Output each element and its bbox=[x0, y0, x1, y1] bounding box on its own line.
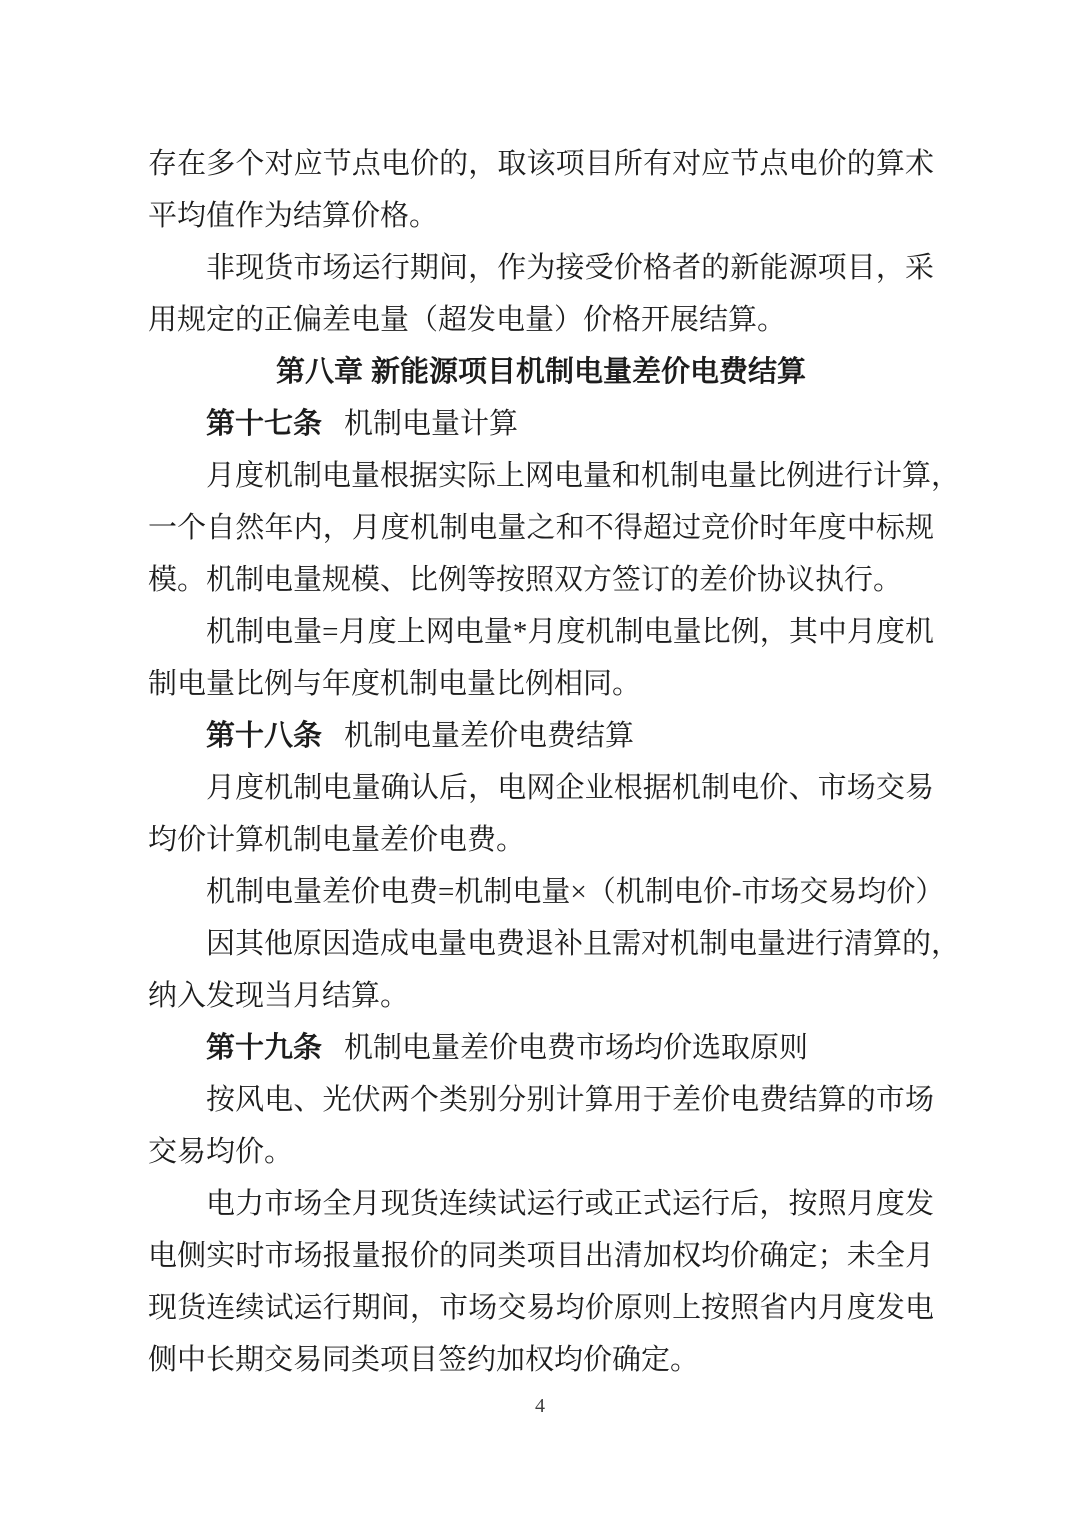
text-line: 现货连续试运行期间，市场交易均价原则上按照省内月度发电 bbox=[148, 1282, 934, 1334]
document-page: 存在多个对应节点电价的，取该项目所有对应节点电价的算术平均值作为结算价格。非现货… bbox=[0, 0, 1080, 1527]
text-line: 平均值作为结算价格。 bbox=[148, 190, 934, 242]
text-line: 因其他原因造成电量电费退补且需对机制电量进行清算的， bbox=[148, 918, 934, 970]
text-line: 电侧实时市场报量报价的同类项目出清加权均价确定；未全月 bbox=[148, 1230, 934, 1282]
text-line: 交易均价。 bbox=[148, 1126, 934, 1178]
article-number: 第十七条 bbox=[206, 408, 322, 440]
article-title: 机制电量计算 bbox=[344, 408, 518, 440]
article-title: 机制电量差价电费结算 bbox=[344, 720, 634, 752]
text-line: 制电量比例与年度机制电量比例相同。 bbox=[148, 658, 934, 710]
document-body: 存在多个对应节点电价的，取该项目所有对应节点电价的算术平均值作为结算价格。非现货… bbox=[148, 138, 934, 1386]
text-line: 均价计算机制电量差价电费。 bbox=[148, 814, 934, 866]
text-line: 机制电量=月度上网电量*月度机制电量比例，其中月度机 bbox=[148, 606, 934, 658]
text-line: 侧中长期交易同类项目签约加权均价确定。 bbox=[148, 1334, 934, 1386]
text-line: 纳入发现当月结算。 bbox=[148, 970, 934, 1022]
text-line: 存在多个对应节点电价的，取该项目所有对应节点电价的算术 bbox=[148, 138, 934, 190]
article-title: 机制电量差价电费市场均价选取原则 bbox=[344, 1032, 808, 1064]
text-line: 电力市场全月现货连续试运行或正式运行后，按照月度发 bbox=[148, 1178, 934, 1230]
text-line: 非现货市场运行期间，作为接受价格者的新能源项目，采 bbox=[148, 242, 934, 294]
article-number: 第十九条 bbox=[206, 1032, 322, 1064]
text-line: 用规定的正偏差电量（超发电量）价格开展结算。 bbox=[148, 294, 934, 346]
text-line: 月度机制电量确认后，电网企业根据机制电价、市场交易 bbox=[148, 762, 934, 814]
text-line: 月度机制电量根据实际上网电量和机制电量比例进行计算， bbox=[148, 450, 934, 502]
text-line: 模。机制电量规模、比例等按照双方签订的差价协议执行。 bbox=[148, 554, 934, 606]
article-heading: 第十八条机制电量差价电费结算 bbox=[148, 710, 934, 762]
article-heading: 第十九条机制电量差价电费市场均价选取原则 bbox=[148, 1022, 934, 1074]
text-line: 一个自然年内，月度机制电量之和不得超过竞价时年度中标规 bbox=[148, 502, 934, 554]
article-number: 第十八条 bbox=[206, 720, 322, 752]
chapter-heading: 第八章 新能源项目机制电量差价电费结算 bbox=[148, 346, 934, 398]
page-number: 4 bbox=[0, 1392, 1080, 1420]
article-heading: 第十七条机制电量计算 bbox=[148, 398, 934, 450]
text-line: 机制电量差价电费=机制电量×（机制电价-市场交易均价） bbox=[148, 866, 934, 918]
text-line: 按风电、光伏两个类别分别计算用于差价电费结算的市场 bbox=[148, 1074, 934, 1126]
